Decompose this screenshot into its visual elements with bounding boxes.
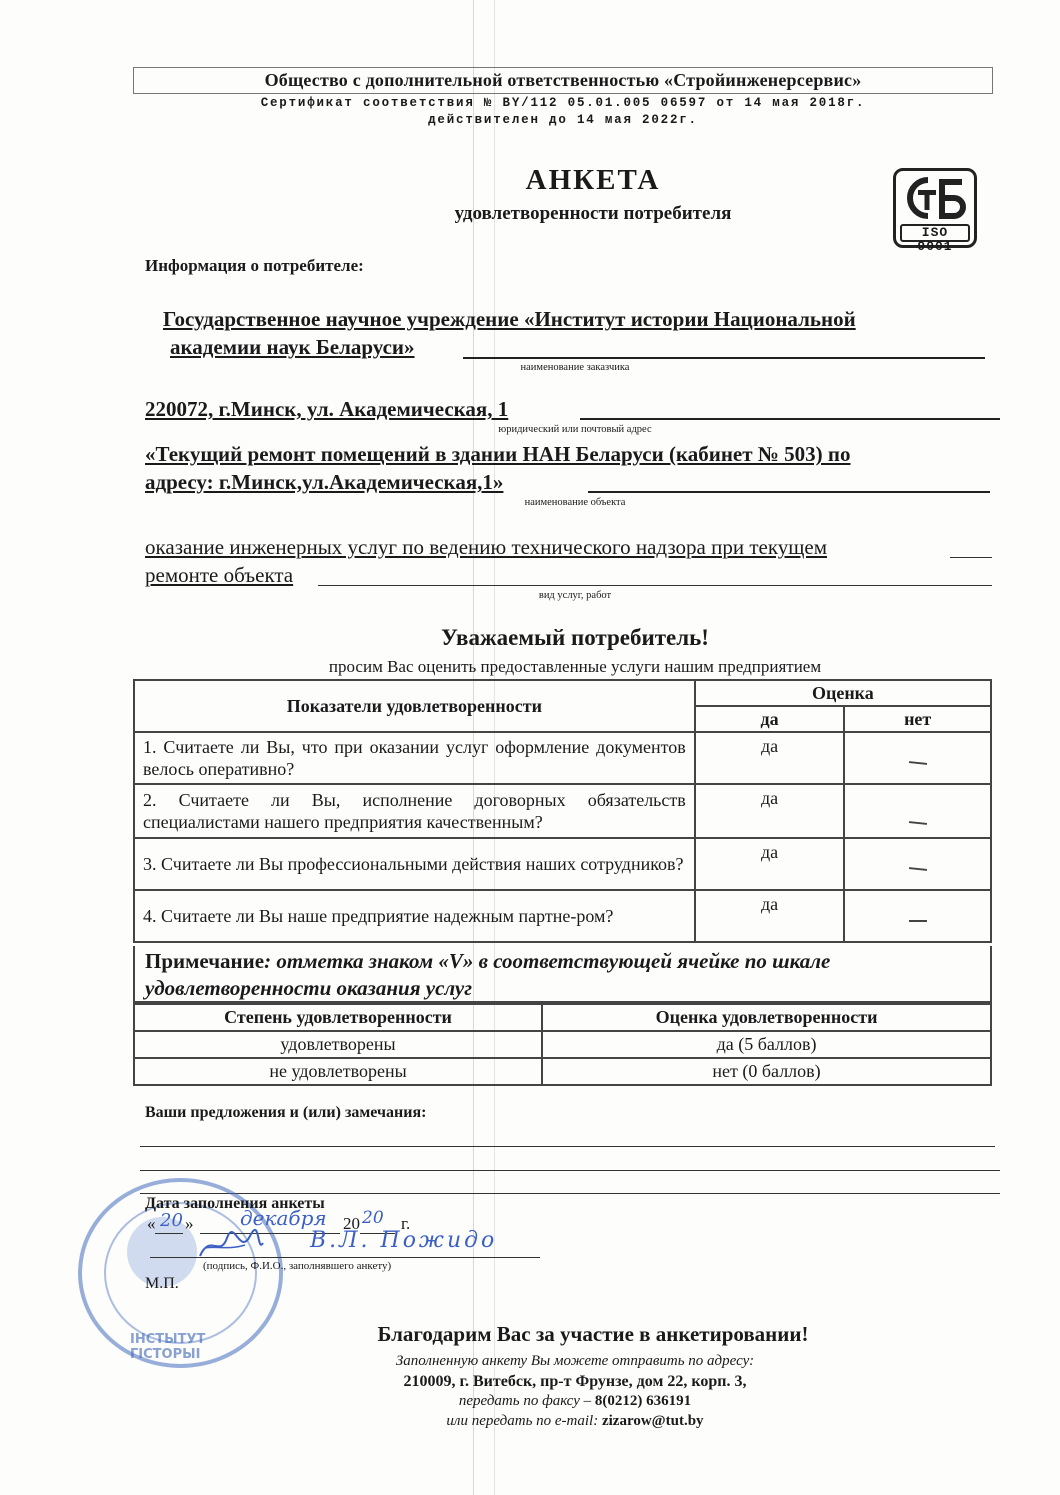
stb-iso-logo: ISO 9001 bbox=[893, 168, 977, 248]
answer-no-cell[interactable] bbox=[844, 784, 991, 838]
fax-line: передать по факсу – 8(0212) 636191 bbox=[145, 1393, 1005, 1410]
validity-line: действителен до 14 мая 2022г. bbox=[133, 113, 993, 127]
object-name-line2: адресу: г.Минск,ул.Академическая,1» bbox=[145, 468, 503, 496]
answer-no-cell[interactable] bbox=[844, 838, 991, 890]
header-degree: Степень удовлетворенности bbox=[134, 1004, 542, 1031]
date-close-quote: » bbox=[185, 1214, 194, 1234]
stb-mark-icon bbox=[902, 174, 968, 222]
customer-name-line1: Государственное научное учреждение «Инст… bbox=[163, 305, 856, 333]
table-row: 1. Считаете ли Вы, что при оказании услу… bbox=[134, 732, 991, 784]
object-caption: наименование объекта bbox=[145, 497, 1005, 508]
scale-table: Степень удовлетворенности Оценка удовлет… bbox=[133, 1003, 992, 1086]
signature-name[interactable]: В.Л. Пожидо bbox=[310, 1228, 497, 1253]
underline bbox=[580, 418, 1000, 420]
score-cell: нет (0 баллов) bbox=[542, 1058, 991, 1085]
answer-yes-cell[interactable]: да bbox=[695, 890, 845, 942]
answer-yes-cell[interactable]: да bbox=[695, 838, 845, 890]
send-address: 210009, г. Витебск, пр-т Фрунзе, дом 22,… bbox=[145, 1373, 1005, 1391]
fax-number: 8(0212) 636191 bbox=[595, 1393, 691, 1409]
underline bbox=[463, 357, 985, 359]
degree-cell: удовлетворены bbox=[134, 1031, 542, 1058]
customer-name-line2: академии наук Беларуси» bbox=[170, 333, 415, 361]
date-month[interactable]: декабря bbox=[240, 1206, 327, 1230]
suggestions-label: Ваши предложения и (или) замечания: bbox=[145, 1104, 426, 1122]
table-row: 3. Считаете ли Вы профессиональными дейс… bbox=[134, 838, 991, 890]
certificate-line: Сертификат соответствия № BY/112 05.01.0… bbox=[133, 96, 993, 110]
table-row: не удовлетворены нет (0 баллов) bbox=[134, 1058, 991, 1085]
table-row: 2. Считаете ли Вы, исполнение договорных… bbox=[134, 784, 991, 838]
table-row: 4. Считаете ли Вы наше предприятие надеж… bbox=[134, 890, 991, 942]
answer-no-cell[interactable] bbox=[844, 890, 991, 942]
date-open-quote: « bbox=[147, 1214, 156, 1234]
organization-header: Общество с дополнительной ответственност… bbox=[133, 67, 993, 94]
header-rating: Оценка bbox=[695, 680, 991, 706]
header-indicators: Показатели удовлетворенности bbox=[134, 680, 695, 732]
underline bbox=[588, 491, 990, 493]
object-name-line1: «Текущий ремонт помещений в здании НАН Б… bbox=[145, 440, 851, 468]
header-yes: да bbox=[695, 706, 845, 732]
header-no: нет bbox=[844, 706, 991, 732]
email-label: или передать по e-mail: bbox=[446, 1413, 602, 1429]
question-cell: 4. Считаете ли Вы наше предприятие надеж… bbox=[134, 890, 695, 942]
service-type-line1: оказание инженерных услуг по ведению тех… bbox=[145, 533, 827, 561]
signature-line bbox=[150, 1257, 540, 1258]
greeting-title: Уважаемый потребитель! bbox=[145, 625, 1005, 651]
dash-mark-icon bbox=[909, 920, 927, 922]
question-cell: 1. Считаете ли Вы, что при оказании услу… bbox=[134, 732, 695, 784]
underline bbox=[155, 1233, 183, 1234]
suggestions-line[interactable] bbox=[140, 1170, 1000, 1171]
signature-caption: (подпись, Ф.И.О., заполнявшего анкету) bbox=[203, 1260, 391, 1272]
score-cell: да (5 баллов) bbox=[542, 1031, 991, 1058]
iso-label: ISO 9001 bbox=[900, 224, 970, 242]
greeting-request: просим Вас оценить предоставленные услуг… bbox=[145, 657, 1005, 677]
dash-mark-icon bbox=[909, 761, 927, 765]
consumer-info-heading: Информация о потребителе: bbox=[145, 256, 364, 276]
service-caption: вид услуг, работ bbox=[145, 590, 1005, 601]
email-line: или передать по e-mail: zizarow@tut.by bbox=[145, 1413, 1005, 1430]
dash-mark-icon bbox=[909, 821, 927, 825]
date-day[interactable]: 20 bbox=[160, 1210, 183, 1231]
survey-table: Показатели удовлетворенности Оценка да н… bbox=[133, 679, 992, 943]
customer-address: 220072, г.Минск, ул. Академическая, 1 bbox=[145, 395, 508, 423]
answer-yes-cell[interactable]: да bbox=[695, 784, 845, 838]
seal-label: М.П. bbox=[145, 1275, 179, 1293]
date-year-suffix[interactable]: 20 bbox=[362, 1208, 384, 1228]
question-cell: 2. Считаете ли Вы, исполнение договорных… bbox=[134, 784, 695, 838]
underline bbox=[950, 557, 992, 558]
note-box: Примечание: отметка знаком «V» в соответ… bbox=[133, 946, 992, 1003]
dash-mark-icon bbox=[909, 867, 927, 871]
service-type-line2: ремонте объекта bbox=[145, 561, 293, 589]
underline bbox=[318, 585, 992, 586]
degree-cell: не удовлетворены bbox=[134, 1058, 542, 1085]
suggestions-line[interactable] bbox=[140, 1146, 995, 1147]
address-caption: юридический или почтовый адрес bbox=[145, 424, 1005, 435]
thanks-heading: Благодарим Вас за участие в анкетировани… bbox=[163, 1322, 1023, 1347]
fax-label: передать по факсу – bbox=[459, 1393, 595, 1409]
note-label: Примечание bbox=[145, 949, 264, 973]
answer-no-cell[interactable] bbox=[844, 732, 991, 784]
suggestions-line[interactable] bbox=[140, 1193, 1000, 1194]
table-row: удовлетворены да (5 баллов) bbox=[134, 1031, 991, 1058]
send-prompt: Заполненную анкету Вы можете отправить п… bbox=[145, 1353, 1005, 1370]
answer-yes-cell[interactable]: да bbox=[695, 732, 845, 784]
customer-name-caption: наименование заказчика bbox=[145, 362, 1005, 373]
question-cell: 3. Считаете ли Вы профессиональными дейс… bbox=[134, 838, 695, 890]
email-link[interactable]: zizarow@tut.by bbox=[602, 1413, 704, 1429]
header-score: Оценка удовлетворенности bbox=[542, 1004, 991, 1031]
